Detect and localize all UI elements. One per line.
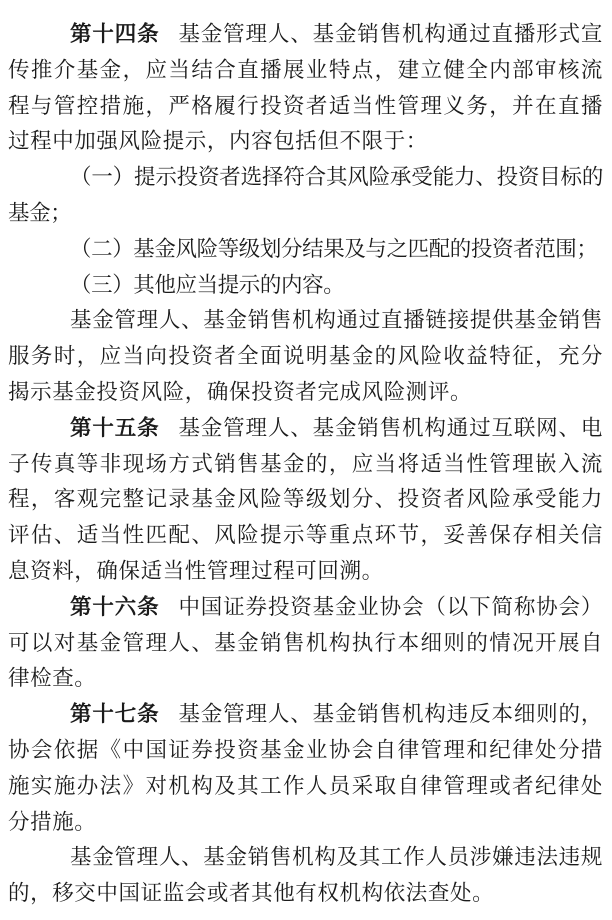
article-number: 第十四条 xyxy=(70,22,159,46)
article-number: 第十七条 xyxy=(70,702,159,726)
article-paragraph: 第十七条基金管理人、基金销售机构违反本细则的，协会依据《中国证券投资基金业协会自… xyxy=(8,697,603,840)
document-body: 第十四条基金管理人、基金销售机构通过直播形式宣传推介基金，应当结合直播展业特点，… xyxy=(8,17,603,912)
paragraph-text: （三）其他应当提示的内容。 xyxy=(70,273,344,297)
list-item-paragraph: （一）提示投资者选择符合其风险承受能力、投资目标的基金； xyxy=(8,160,603,232)
paragraph-text: 基金管理人、基金销售机构通过互联网、电子传真等非现场方式销售基金的，应当将适当性… xyxy=(8,416,603,583)
paragraph-text: 基金管理人、基金销售机构及其工作人员涉嫌违法违规的，移交中国证监会或者其他有权机… xyxy=(8,845,603,905)
paragraph-text: （二）基金风险等级划分结果及与之匹配的投资者范围； xyxy=(70,237,598,261)
article-paragraph: 第十四条基金管理人、基金销售机构通过直播形式宣传推介基金，应当结合直播展业特点，… xyxy=(8,17,603,160)
article-number: 第十五条 xyxy=(70,416,159,440)
body-paragraph: 基金管理人、基金销售机构及其工作人员涉嫌违法违规的，移交中国证监会或者其他有权机… xyxy=(8,840,603,912)
article-paragraph: 第十六条中国证券投资基金业协会（以下简称协会）可以对基金管理人、基金销售机构执行… xyxy=(8,590,603,697)
paragraph-text: （一）提示投资者选择符合其风险承受能力、投资目标的基金； xyxy=(8,165,603,225)
body-paragraph: 基金管理人、基金销售机构通过直播链接提供基金销售服务时，应当向投资者全面说明基金… xyxy=(8,303,603,410)
list-item-paragraph: （三）其他应当提示的内容。 xyxy=(8,268,603,304)
paragraph-text: 基金管理人、基金销售机构通过直播链接提供基金销售服务时，应当向投资者全面说明基金… xyxy=(8,308,603,404)
article-paragraph: 第十五条基金管理人、基金销售机构通过互联网、电子传真等非现场方式销售基金的，应当… xyxy=(8,411,603,590)
article-number: 第十六条 xyxy=(70,595,159,619)
document-page: 第十四条基金管理人、基金销售机构通过直播形式宣传推介基金，应当结合直播展业特点，… xyxy=(0,0,612,920)
list-item-paragraph: （二）基金风险等级划分结果及与之匹配的投资者范围； xyxy=(8,232,603,268)
